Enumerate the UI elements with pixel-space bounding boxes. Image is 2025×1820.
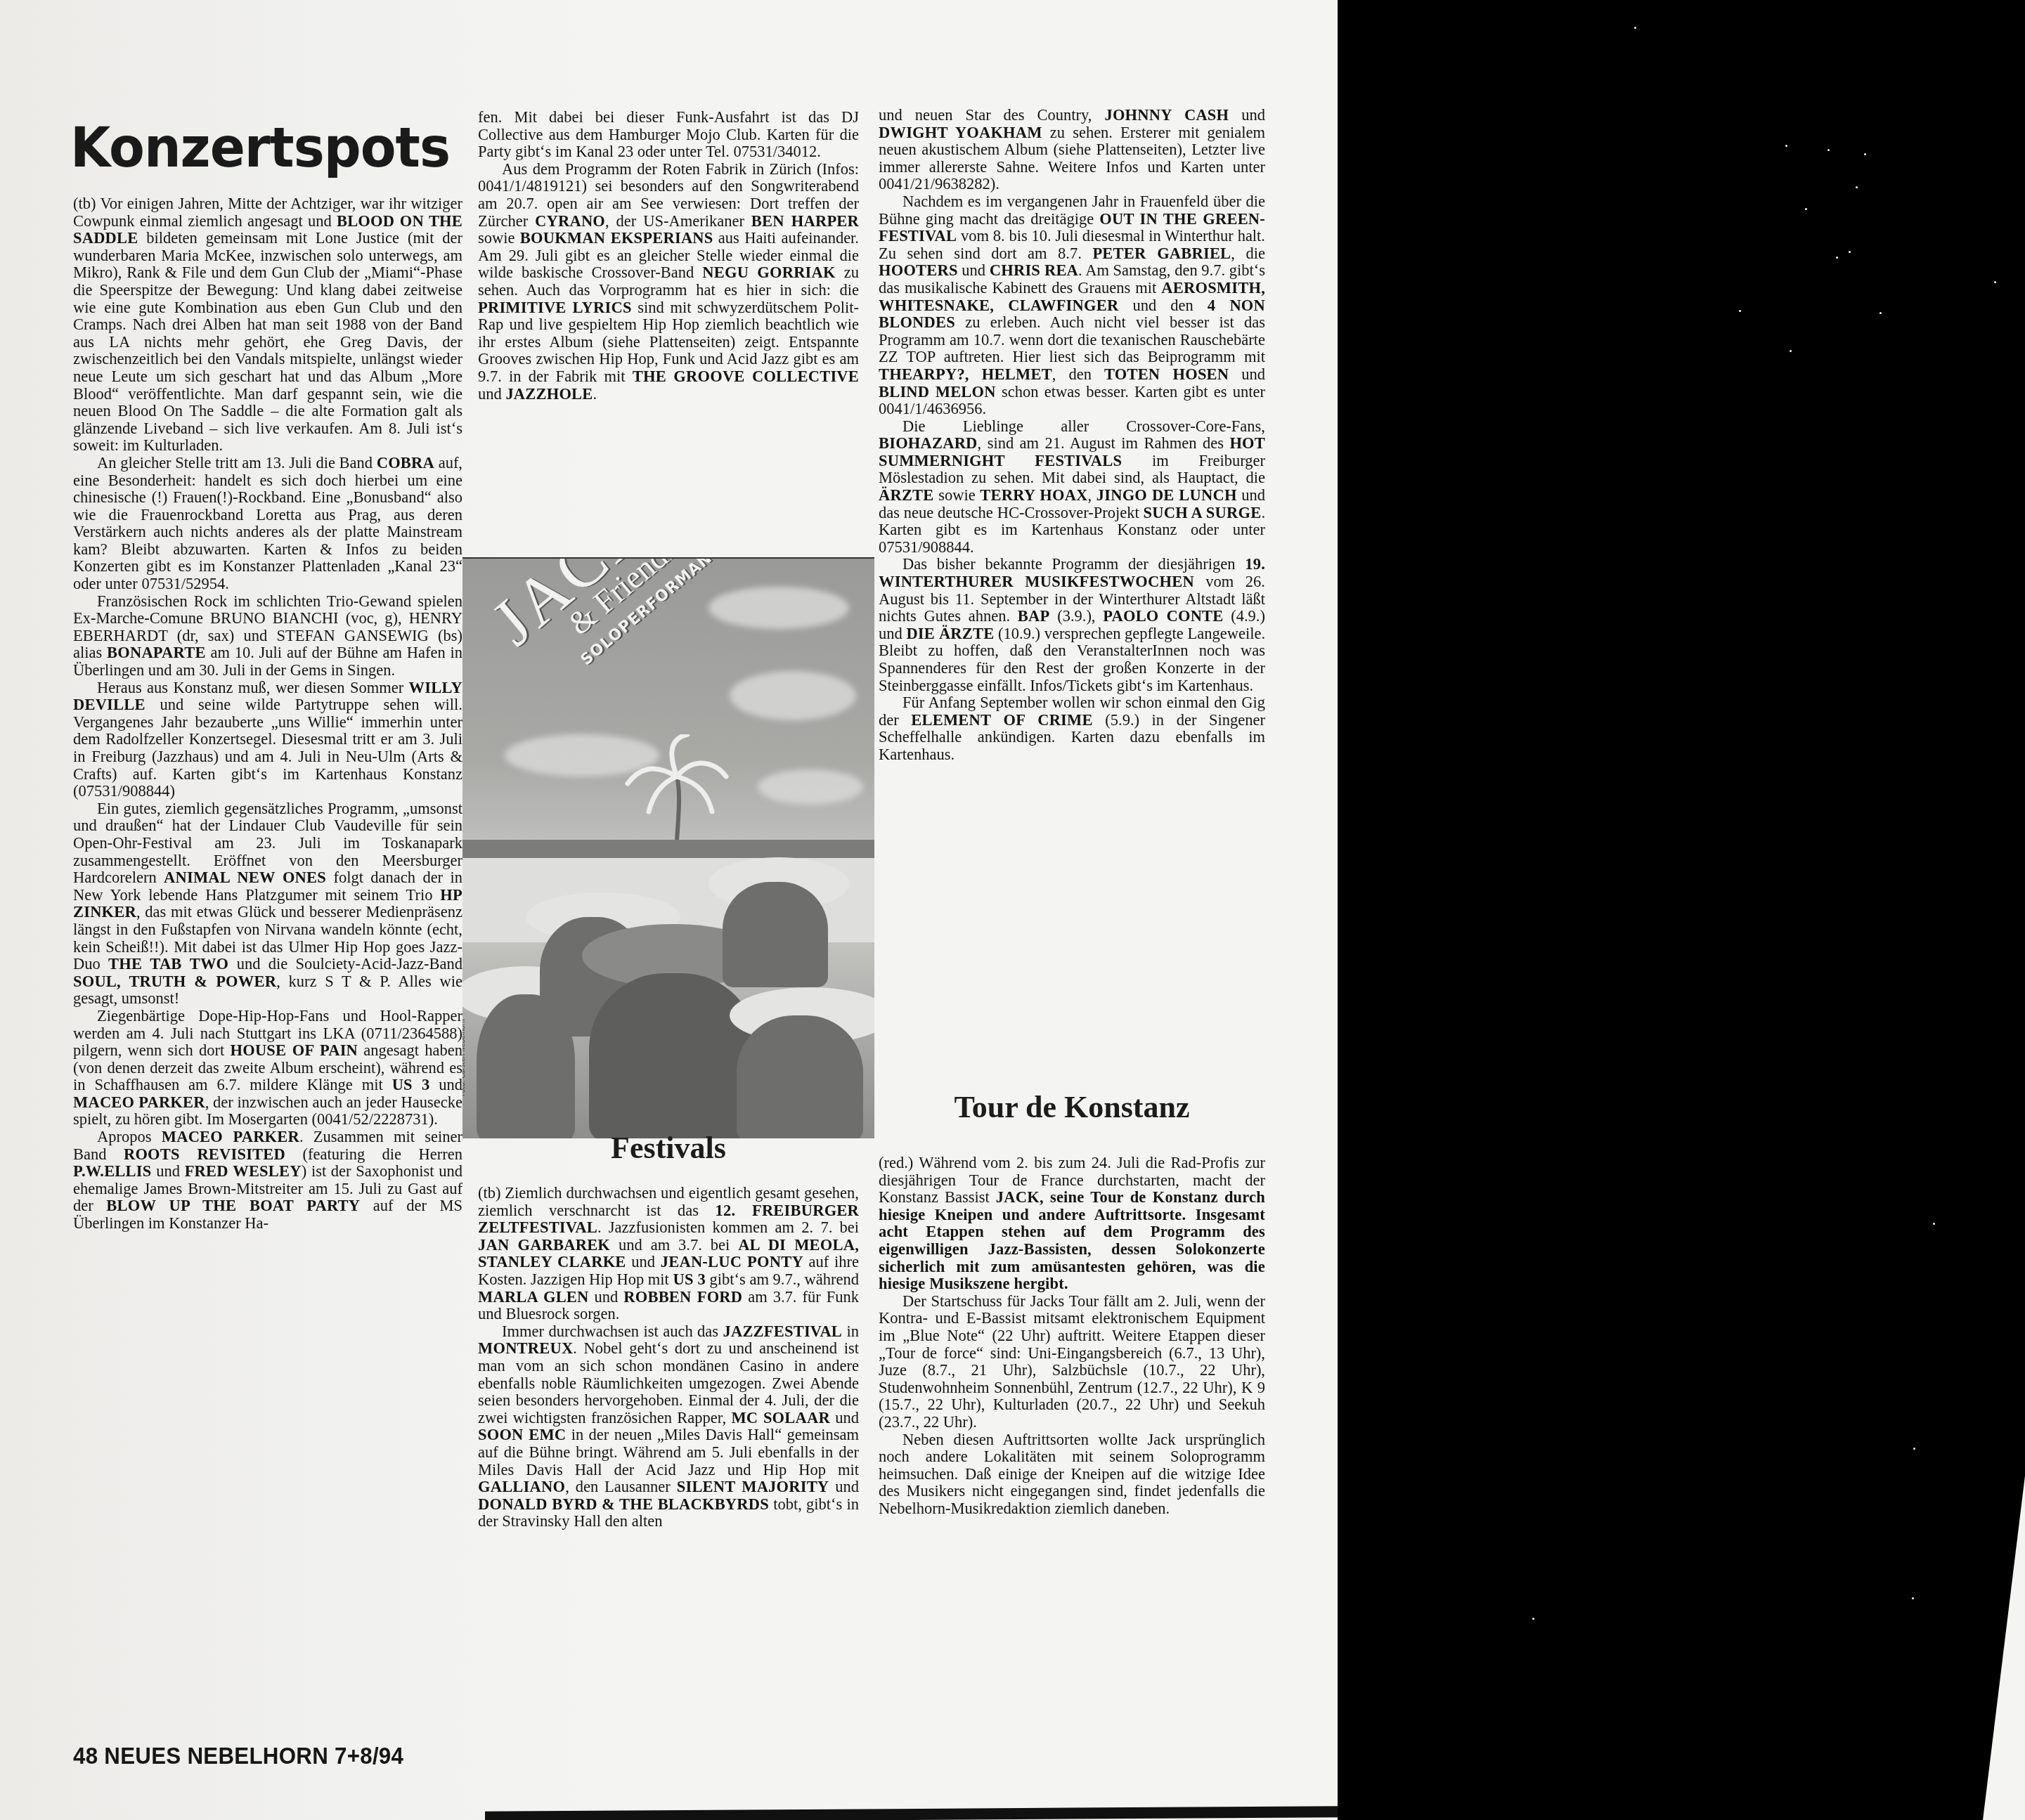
artist-name: COBRA	[377, 454, 434, 472]
artist-name: MACEO PARKER	[162, 1128, 299, 1145]
cloud-shape	[758, 769, 863, 805]
article-paragraph: Französischen Rock im schlichten Trio-Ge…	[73, 593, 462, 680]
artist-name: THE TAB TWO	[108, 955, 228, 973]
person-shape	[737, 1015, 863, 1138]
person-shape	[589, 973, 758, 1138]
artist-name: ROOTS REVISITED	[124, 1145, 285, 1163]
article-paragraph: Neben diesen Auftrittsorten wollte Jack …	[879, 1431, 1265, 1518]
artist-name: P.W.ELLIS	[73, 1162, 151, 1180]
dust-speck	[1790, 350, 1792, 352]
tour-de-konstanz-heading: Tour de Konstanz	[879, 1089, 1265, 1125]
artist-name: JEAN-LUC PONTY	[661, 1253, 803, 1270]
dust-speck	[1933, 1223, 1935, 1225]
dust-speck	[1739, 310, 1741, 312]
artist-name: JINGO DE LUNCH	[1096, 486, 1237, 504]
artist-name: FRED WESLEY	[185, 1162, 302, 1180]
article-paragraph: (red.) Während vom 2. bis zum 24. Juli d…	[879, 1155, 1265, 1293]
artist-name: DIE ÄRZTE	[906, 625, 994, 642]
festivals-heading: Festivals	[478, 1130, 859, 1166]
middle-column-bottom: (tb) Ziemlich durchwachsen und eigentlic…	[478, 1185, 859, 1530]
artist-name: DWIGHT YOAKHAM	[879, 124, 1042, 141]
artist-name: PRIMITIVE LYRICS	[478, 299, 632, 316]
dust-speck	[1827, 149, 1830, 151]
artist-name: THE GROOVE COLLECTIVE	[633, 368, 859, 385]
page-footer: 48 NEUES NEBELHORN 7+8/94	[73, 1743, 403, 1770]
artist-name: NEGU GORRIAK	[702, 264, 835, 281]
artist-name: BLIND MELON	[879, 383, 996, 401]
artist-name: MARLA GLEN	[478, 1288, 589, 1306]
artist-name: DONALD BYRD & THE BLACKBYRDS	[478, 1495, 769, 1513]
article-paragraph: Das bisher bekannte Programm der diesjäh…	[879, 556, 1265, 694]
dust-speck	[1785, 145, 1787, 147]
artist-name: GALLIANO	[478, 1478, 565, 1495]
artist-name: HOUSE OF PAIN	[231, 1041, 358, 1059]
artist-name: JAN GARBAREK	[478, 1236, 610, 1254]
artist-name: ELEMENT OF CRIME	[911, 711, 1092, 729]
artist-name: BLOOD ON THE SADDLE	[73, 212, 462, 247]
artist-name: ANIMAL NEW ONES	[164, 869, 326, 886]
artist-name: ROBBEN FORD	[623, 1288, 742, 1306]
dust-speck	[1805, 208, 1807, 210]
article-paragraph: Immer durchwachsen ist auch das JAZZFEST…	[478, 1323, 859, 1530]
artist-name: MC SOLAAR	[731, 1409, 829, 1426]
artist-name: PAOLO CONTE	[1103, 607, 1223, 625]
artist-name: JOHNNY CASH	[1104, 106, 1229, 124]
artist-name: THEARPY?, HELMET	[879, 365, 1052, 383]
article-paragraph: Heraus aus Konstanz muß, wer diesen Somm…	[73, 680, 462, 800]
artist-name: HOOTERS	[879, 261, 958, 279]
article-paragraph: fen. Mit dabei bei dieser Funk-Ausfahrt …	[478, 109, 859, 161]
artist-name: MACEO PARKER	[73, 1093, 205, 1111]
article-paragraph: Für Anfang September wollen wir schon ei…	[879, 694, 1265, 763]
sea-band	[462, 840, 874, 858]
artist-name: TOTEN HOSEN	[1104, 365, 1229, 383]
dust-speck	[1532, 1618, 1534, 1620]
left-column: (tb) Vor einigen Jahren, Mitte der Achtz…	[73, 195, 462, 1233]
artist-name: MONTREUX	[478, 1339, 573, 1357]
artist-name: SOON EMC	[478, 1426, 566, 1443]
artist-name: SILENT MAJORITY	[677, 1478, 829, 1495]
dust-speck	[1849, 251, 1851, 253]
artist-name: SOUL, TRUTH & POWER	[73, 973, 276, 990]
jack-and-friends-photo: JACK & Friends SOLOPERFORMANCE Foto: Car…	[462, 557, 874, 1138]
article-paragraph: Der Startschuss für Jacks Tour fällt am …	[879, 1293, 1265, 1431]
artist-name: BOUKMAN EKSPERIANS	[520, 229, 713, 247]
artist-name: PETER GABRIEL	[1092, 245, 1231, 262]
artist-name: OUT IN THE GREEN-FESTIVAL	[879, 210, 1265, 245]
artist-name: JAZZHOLE	[505, 385, 593, 403]
artist-name: JACK, seine Tour de Konstanz durch hiesi…	[879, 1188, 1265, 1292]
right-column-top: und neuen Star des Country, JOHNNY CASH …	[879, 107, 1265, 764]
page-title: Konzertspots	[70, 117, 450, 180]
artist-name: WILLY DEVILLE	[73, 679, 462, 714]
artist-name: CYRANO	[535, 212, 605, 230]
artist-name: US 3	[673, 1270, 705, 1288]
magazine-page: Konzertspots (tb) Vor einigen Jahren, Mi…	[0, 0, 1338, 1820]
artist-name: JAZZFESTIVAL	[723, 1322, 843, 1340]
artist-name: BIOHAZARD	[879, 434, 978, 452]
artist-name: SUCH A SURGE	[1144, 504, 1262, 521]
artist-name: BLOW UP THE BOAT PARTY	[106, 1197, 360, 1214]
artist-name: BAP	[1018, 607, 1050, 625]
article-paragraph: (tb) Vor einigen Jahren, Mitte der Achtz…	[73, 195, 462, 455]
dust-speck	[1994, 281, 1996, 283]
article-paragraph: (tb) Ziemlich durchwachsen und eigentlic…	[478, 1185, 859, 1323]
palm-tree-icon	[624, 734, 730, 840]
dust-speck	[1880, 312, 1882, 314]
cloud-shape	[730, 671, 856, 720]
dust-speck	[1634, 27, 1636, 29]
dust-speck	[1912, 1597, 1914, 1599]
artist-name: US 3	[392, 1076, 430, 1093]
article-paragraph: Apropos MACEO PARKER. Zusammen mit seine…	[73, 1129, 462, 1233]
article-paragraph: Die Lieblinge aller Crossover-Core-Fans,…	[879, 418, 1265, 557]
middle-column-top: fen. Mit dabei bei dieser Funk-Ausfahrt …	[478, 109, 859, 403]
article-paragraph: Aus dem Programm der Roten Fabrik in Zür…	[478, 161, 859, 403]
scan-corner	[1983, 1476, 2025, 1820]
artist-name: 12. FREIBURGER ZELTFESTIVAL	[478, 1202, 859, 1237]
dust-speck	[1836, 256, 1838, 259]
dust-speck	[1856, 186, 1858, 188]
artist-name: CHRIS REA	[990, 261, 1078, 279]
dust-speck	[1864, 153, 1866, 155]
artist-name: 19. WINTERTHURER MUSIKFESTWOCHEN	[879, 555, 1265, 590]
article-paragraph: An gleicher Stelle tritt am 13. Juli die…	[73, 455, 462, 593]
article-paragraph: Nachdem es im vergangenen Jahr in Frauen…	[879, 193, 1265, 418]
cloud-shape	[709, 587, 849, 629]
right-column-bottom: (red.) Während vom 2. bis zum 24. Juli d…	[879, 1155, 1265, 1517]
artist-name: ÄRZTE	[879, 486, 934, 504]
artist-name: HP ZINKER	[73, 886, 462, 921]
dust-speck	[1913, 1448, 1915, 1450]
photo-logo: JACK & Friends SOLOPERFORMANCE	[477, 557, 734, 696]
article-paragraph: und neuen Star des Country, JOHNNY CASH …	[879, 107, 1265, 193]
artist-name: TERRY HOAX	[980, 486, 1087, 504]
article-paragraph: Ein gutes, ziemlich gegensätzliches Prog…	[73, 800, 462, 1008]
artist-name: BONAPARTE	[107, 644, 206, 661]
photo-credit: Foto: Carsten Nebelhorn	[462, 1019, 467, 1096]
article-paragraph: Ziegenbärtige Dope-Hip-Hop-Fans und Hool…	[73, 1008, 462, 1129]
artist-name: BEN HARPER	[751, 212, 859, 230]
person-shape	[723, 882, 828, 987]
